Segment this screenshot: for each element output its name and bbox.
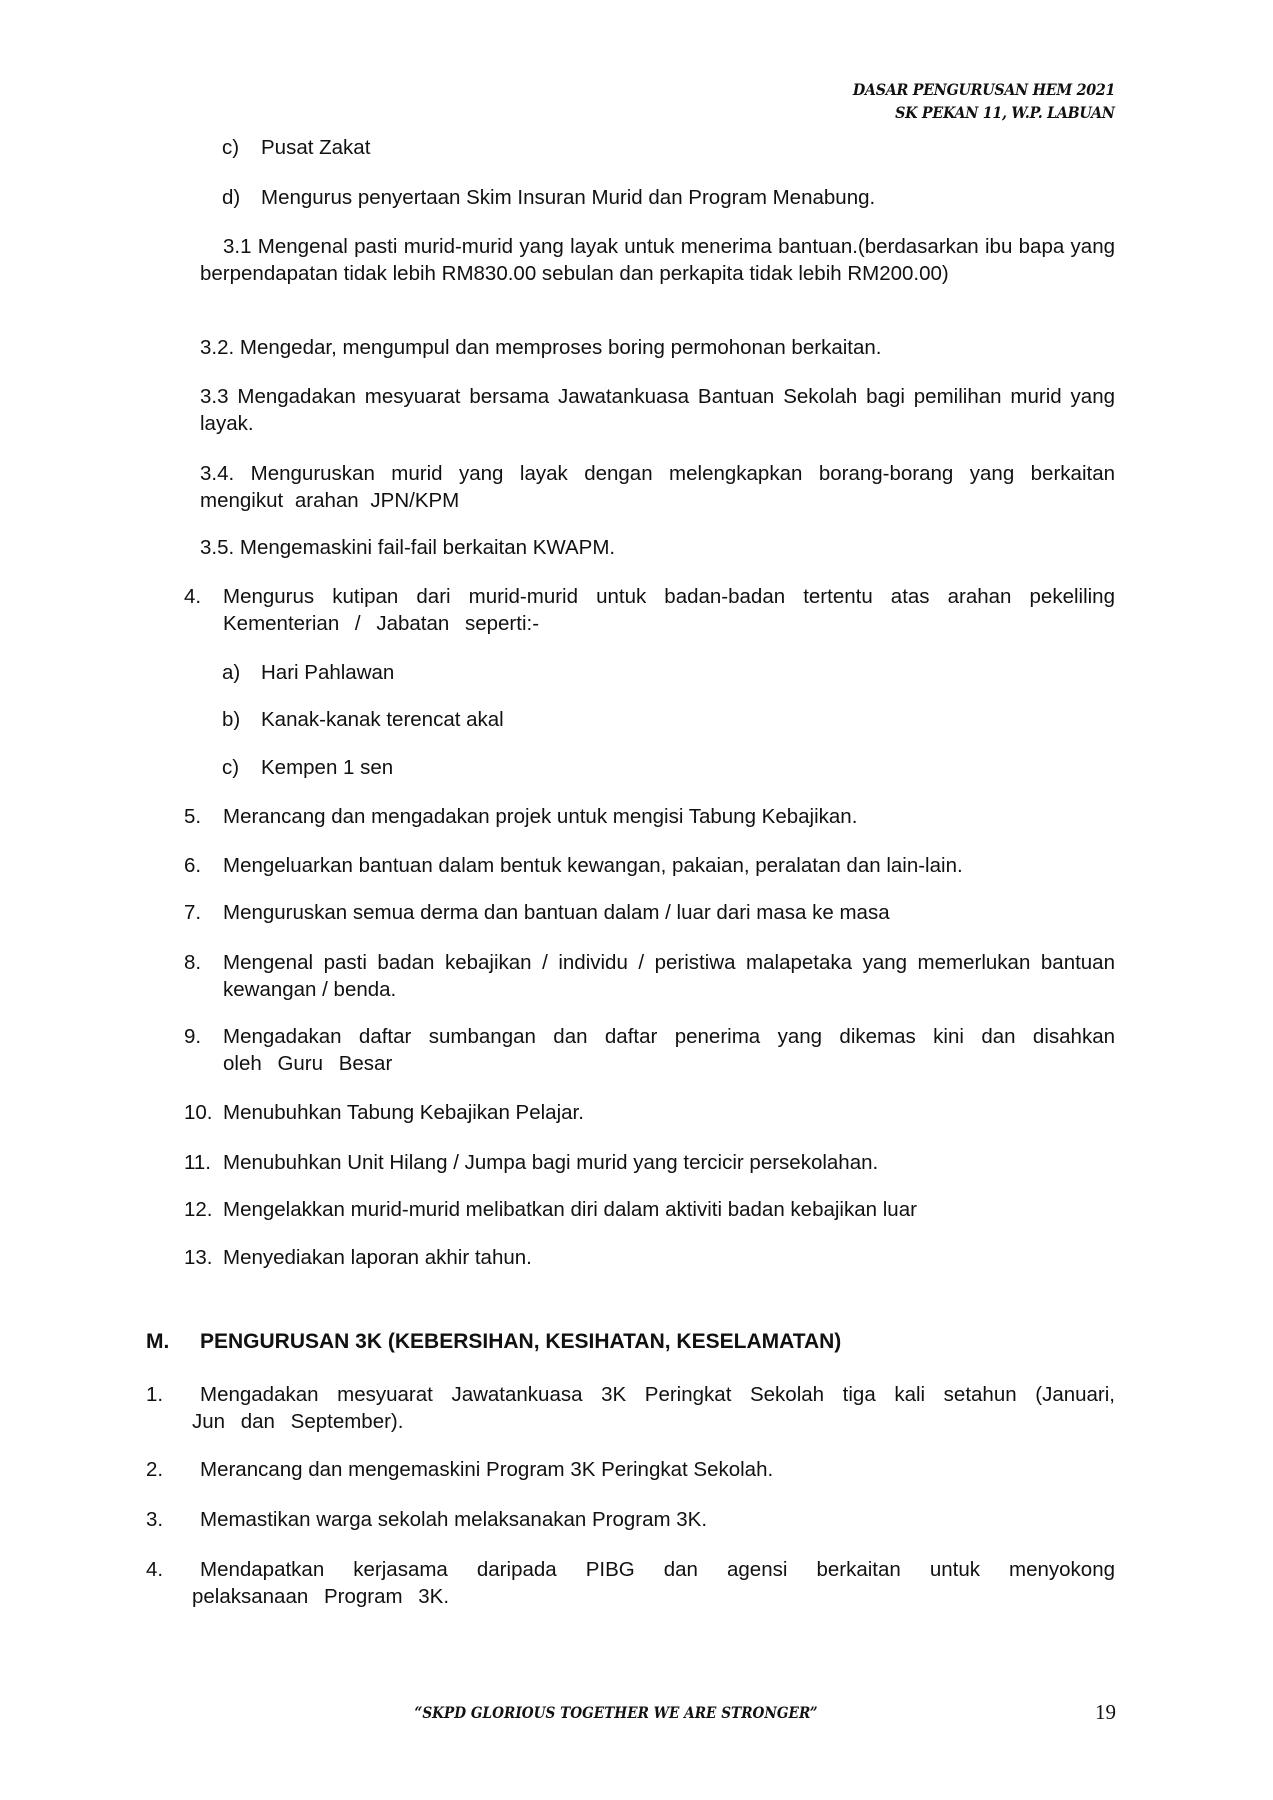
item-number: 1. (146, 1382, 163, 1409)
list-label: c) (222, 135, 239, 162)
list-item: Hari Pahlawan (261, 660, 394, 687)
item-number: 13. (184, 1245, 213, 1272)
footer-motto-text: “SKPD GLORIOUS TOGETHER WE ARE STRONGER” (415, 1703, 818, 1722)
item-number: 3. (146, 1507, 163, 1534)
list-item: Merancang dan mengadakan projek untuk me… (223, 804, 857, 831)
list-item: Menubuhkan Unit Hilang / Jumpa bagi muri… (223, 1150, 878, 1177)
sub-point-3-1: 3.1 Mengenal pasti murid-murid yang laya… (200, 234, 1115, 287)
section-title: PENGURUSAN 3K (KEBERSIHAN, KESIHATAN, KE… (200, 1329, 841, 1355)
list-label: c) (222, 755, 239, 782)
list-item: Pusat Zakat (261, 135, 370, 162)
header-school: SK PEKAN 11, W.P. LABUAN (895, 103, 1115, 122)
section-letter: M. (146, 1329, 169, 1355)
list-label: b) (222, 707, 240, 734)
list-item: Mengurus kutipan dari murid-murid untuk … (223, 584, 1115, 637)
list-item: Menyediakan laporan akhir tahun. (223, 1245, 532, 1272)
page-number: 19 (1090, 1700, 1116, 1725)
item-number: 7. (184, 900, 201, 927)
list-item: Menubuhkan Tabung Kebajikan Pelajar. (223, 1100, 584, 1127)
item-number: 2. (146, 1457, 163, 1484)
sub-point-3-2: 3.2. Mengedar, mengumpul dan memproses b… (200, 335, 1115, 362)
item-number: 4. (146, 1557, 163, 1584)
item-number: 8. (184, 950, 201, 977)
list-item: Mengelakkan murid-murid melibatkan diri … (223, 1197, 917, 1224)
list-item: Mendapatkan kerjasama daripada PIBG dan … (192, 1557, 1115, 1610)
list-item: Mengurus penyertaan Skim Insuran Murid d… (261, 185, 875, 212)
sub-point-3-4: 3.4. Menguruskan murid yang layak dengan… (200, 461, 1115, 514)
footer-motto: “SKPD GLORIOUS TOGETHER WE ARE STRONGER” (0, 1703, 1273, 1722)
item-number: 10. (184, 1100, 213, 1127)
item-number: 9. (184, 1024, 201, 1051)
list-item: Mengadakan daftar sumbangan dan daftar p… (223, 1024, 1115, 1077)
header-title: DASAR PENGURUSAN HEM 2021 (853, 80, 1115, 99)
list-item: Merancang dan mengemaskini Program 3K Pe… (200, 1457, 773, 1484)
item-number: 4. (184, 584, 201, 611)
sub-point-3-5: 3.5. Mengemaskini fail-fail berkaitan KW… (200, 535, 1115, 562)
list-item: Menguruskan semua derma dan bantuan dala… (223, 900, 890, 927)
item-number: 5. (184, 804, 201, 831)
document-page: DASAR PENGURUSAN HEM 2021 SK PEKAN 11, W… (0, 0, 1273, 1800)
list-item: Mengadakan mesyuarat Jawatankuasa 3K Per… (192, 1382, 1115, 1435)
sub-point-3-3: 3.3 Mengadakan mesyuarat bersama Jawatan… (200, 384, 1115, 437)
list-item: Kanak-kanak terencat akal (261, 707, 504, 734)
item-number: 12. (184, 1197, 213, 1224)
list-label: a) (222, 660, 240, 687)
list-item: Kempen 1 sen (261, 755, 393, 782)
item-number: 6. (184, 853, 201, 880)
item-number: 11. (184, 1150, 211, 1177)
list-item: Mengenal pasti badan kebajikan / individ… (223, 950, 1115, 1003)
list-label: d) (222, 185, 240, 212)
list-item: Memastikan warga sekolah melaksanakan Pr… (200, 1507, 707, 1534)
list-item: Mengeluarkan bantuan dalam bentuk kewang… (223, 853, 963, 880)
